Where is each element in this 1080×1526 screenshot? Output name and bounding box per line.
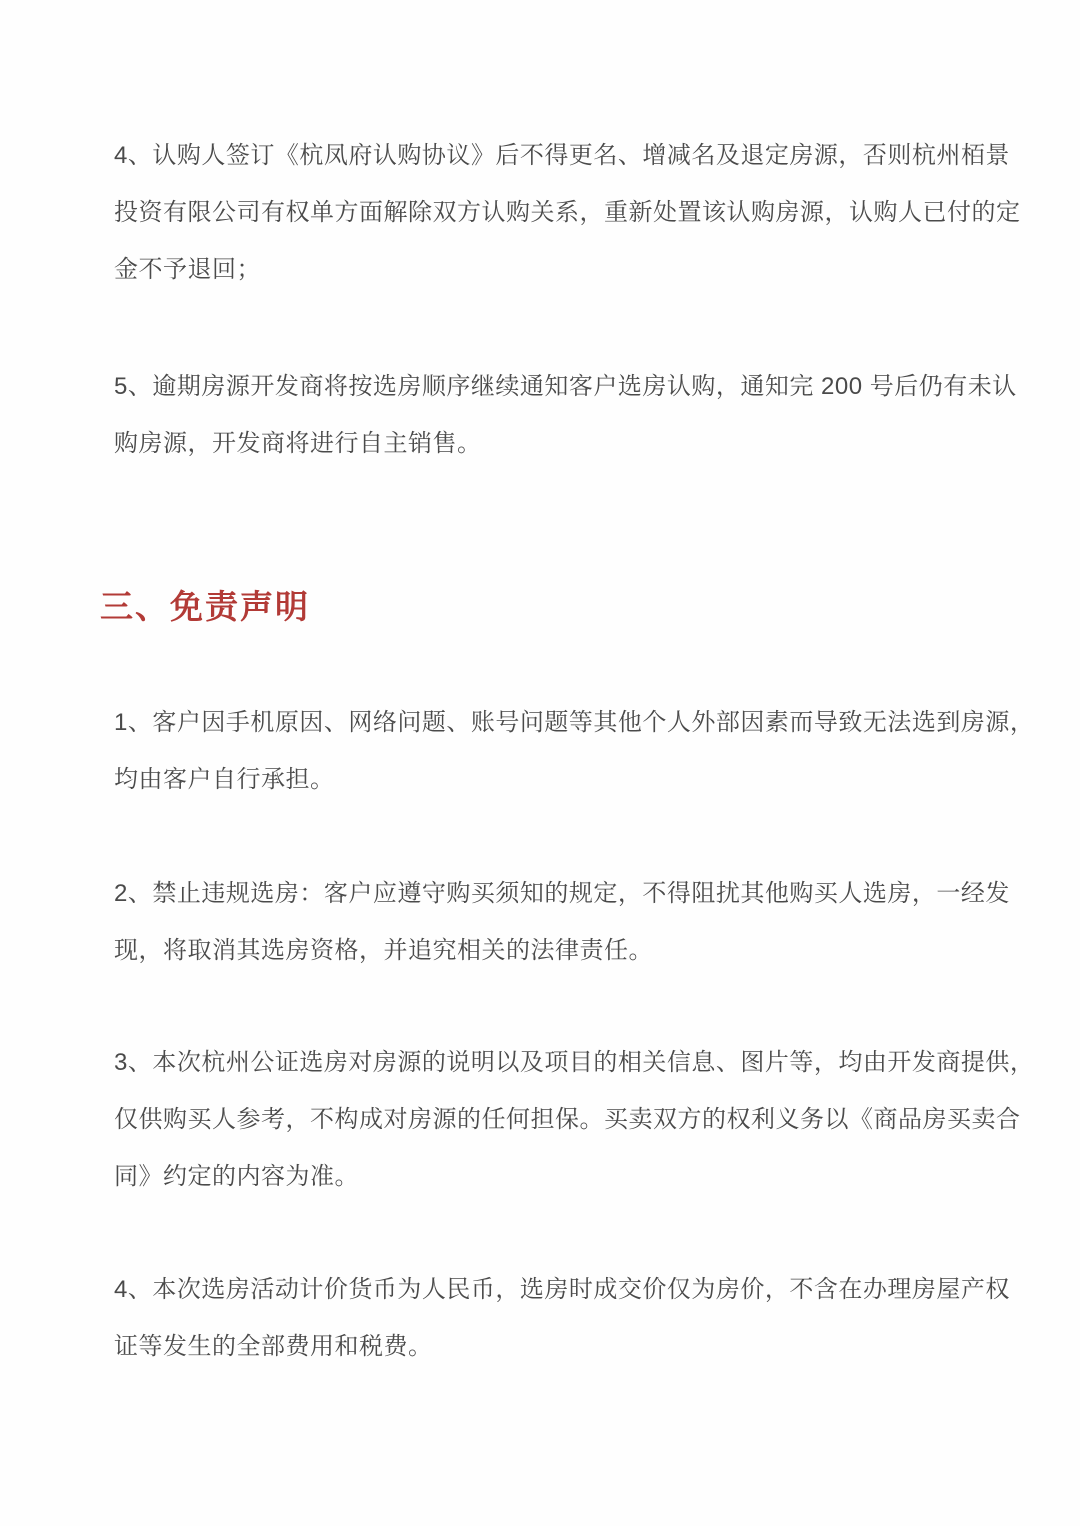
disclaimer-item-2: 2、禁止违规选房：客户应遵守购买须知的规定，不得阻扰其他购买人选房，一经发 现，… bbox=[114, 865, 1014, 979]
text-line: 2、禁止违规选房：客户应遵守购买须知的规定，不得阻扰其他购买人选房，一经发 bbox=[114, 865, 1014, 922]
text-line: 仅供购买人参考，不构成对房源的任何担保。买卖双方的权利义务以《商品房买卖合 bbox=[114, 1091, 1014, 1148]
clause-item-5: 5、逾期房源开发商将按选房顺序继续通知客户选房认购，通知完 200 号后仍有未认… bbox=[114, 358, 1014, 472]
document-page: 4、认购人签订《杭凤府认购协议》后不得更名、增减名及退定房源，否则杭州栢景 投资… bbox=[0, 0, 1080, 1526]
text-line: 均由客户自行承担。 bbox=[114, 751, 1014, 808]
text-line: 4、本次选房活动计价货币为人民币，选房时成交价仅为房价，不含在办理房屋产权 bbox=[114, 1261, 1014, 1318]
text-line: 1、客户因手机原因、网络问题、账号问题等其他个人外部因素而导致无法选到房源， bbox=[114, 694, 1014, 751]
text-line: 投资有限公司有权单方面解除双方认购关系，重新处置该认购房源，认购人已付的定 bbox=[114, 184, 1014, 241]
text-line: 现，将取消其选房资格，并追究相关的法律责任。 bbox=[114, 922, 1014, 979]
text-line: 证等发生的全部费用和税费。 bbox=[114, 1318, 1014, 1375]
disclaimer-item-1: 1、客户因手机原因、网络问题、账号问题等其他个人外部因素而导致无法选到房源， 均… bbox=[114, 694, 1014, 808]
clause-item-4: 4、认购人签订《杭凤府认购协议》后不得更名、增减名及退定房源，否则杭州栢景 投资… bbox=[114, 127, 1014, 298]
text-line: 金不予退回； bbox=[114, 241, 1014, 298]
text-line: 5、逾期房源开发商将按选房顺序继续通知客户选房认购，通知完 200 号后仍有未认 bbox=[114, 358, 1014, 415]
section-heading-disclaimer: 三、免责声明 bbox=[100, 586, 310, 630]
text-line: 购房源，开发商将进行自主销售。 bbox=[114, 415, 1014, 472]
disclaimer-item-4: 4、本次选房活动计价货币为人民币，选房时成交价仅为房价，不含在办理房屋产权 证等… bbox=[114, 1261, 1014, 1375]
text-line: 4、认购人签订《杭凤府认购协议》后不得更名、增减名及退定房源，否则杭州栢景 bbox=[114, 127, 1014, 184]
text-line: 同》约定的内容为准。 bbox=[114, 1148, 1014, 1205]
disclaimer-item-3: 3、本次杭州公证选房对房源的说明以及项目的相关信息、图片等，均由开发商提供， 仅… bbox=[114, 1034, 1014, 1205]
text-line: 3、本次杭州公证选房对房源的说明以及项目的相关信息、图片等，均由开发商提供， bbox=[114, 1034, 1014, 1091]
